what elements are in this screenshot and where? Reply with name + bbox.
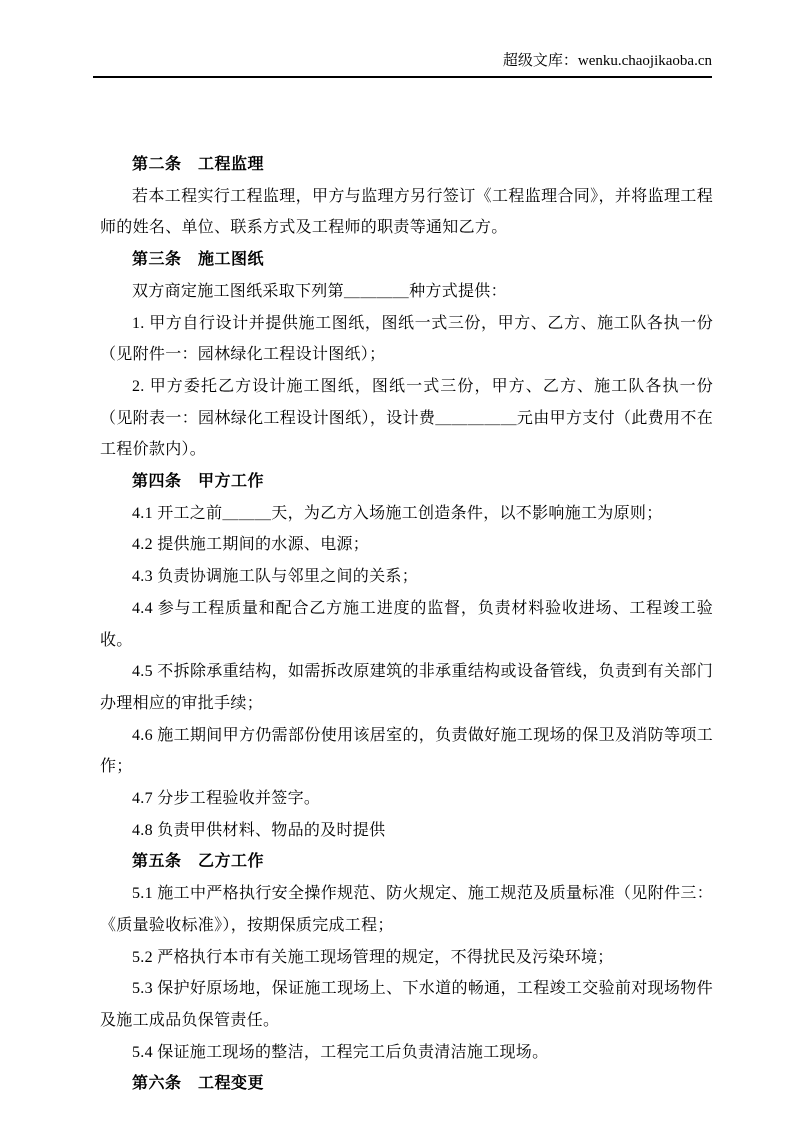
- clause-4-item-4-3: 4.3 负责协调施工队与邻里之间的关系；: [100, 561, 713, 593]
- clause-heading-5: 第五条 乙方工作: [100, 846, 713, 878]
- clause-heading-2: 第二条 工程监理: [100, 149, 713, 181]
- clause-4-item-4-4: 4.4 参与工程质量和配合乙方施工进度的监督，负责材料验收进场、工程竣工验收。: [100, 593, 713, 656]
- clause-heading-3: 第三条 施工图纸: [100, 244, 713, 276]
- clause-4-item-4-1: 4.1 开工之前＿＿＿天，为乙方入场施工创造条件，以不影响施工为原则；: [100, 498, 713, 530]
- clause-4-item-4-5: 4.5 不拆除承重结构，如需拆改原建筑的非承重结构或设备管线，负责到有关部门办理…: [100, 656, 713, 719]
- clause-4-item-4-7: 4.7 分步工程验收并签字。: [100, 783, 713, 815]
- clause-4-item-4-8: 4.8 负责甲供材料、物品的及时提供: [100, 815, 713, 847]
- clause-5-item-5-2: 5.2 严格执行本市有关施工现场管理的规定，不得扰民及污染环境；: [100, 942, 713, 974]
- clause-3-intro: 双方商定施工图纸采取下列第＿＿＿＿种方式提供：: [100, 276, 713, 308]
- clause-heading-4: 第四条 甲方工作: [100, 466, 713, 498]
- header-rule: [93, 76, 712, 78]
- document-page: 超级文库：wenku.chaojikaoba.cn 第二条 工程监理 若本工程实…: [0, 0, 793, 1122]
- clause-4-item-4-2: 4.2 提供施工期间的水源、电源；: [100, 529, 713, 561]
- clause-5-item-5-3: 5.3 保护好原场地，保证施工现场上、下水道的畅通，工程竣工交验前对现场物件及施…: [100, 973, 713, 1036]
- clause-4-item-4-6: 4.6 施工期间甲方仍需部份使用该居室的，负责做好施工现场的保卫及消防等项工作；: [100, 720, 713, 783]
- clause-2-text: 若本工程实行工程监理，甲方与监理方另行签订《工程监理合同》，并将监理工程师的姓名…: [100, 181, 713, 244]
- clause-3-item-1: 1. 甲方自行设计并提供施工图纸，图纸一式三份，甲方、乙方、施工队各执一份（见附…: [100, 308, 713, 371]
- contract-body: 第二条 工程监理 若本工程实行工程监理，甲方与监理方另行签订《工程监理合同》，并…: [100, 149, 713, 1100]
- clause-5-item-5-4: 5.4 保证施工现场的整洁，工程完工后负责清洁施工现场。: [100, 1037, 713, 1069]
- clause-3-item-2: 2. 甲方委托乙方设计施工图纸，图纸一式三份，甲方、乙方、施工队各执一份（见附表…: [100, 371, 713, 466]
- clause-5-item-5-1: 5.1 施工中严格执行安全操作规范、防火规定、施工规范及质量标准（见附件三：《质…: [100, 878, 713, 941]
- clause-heading-6: 第六条 工程变更: [100, 1068, 713, 1100]
- header-watermark: 超级文库：wenku.chaojikaoba.cn: [93, 50, 712, 72]
